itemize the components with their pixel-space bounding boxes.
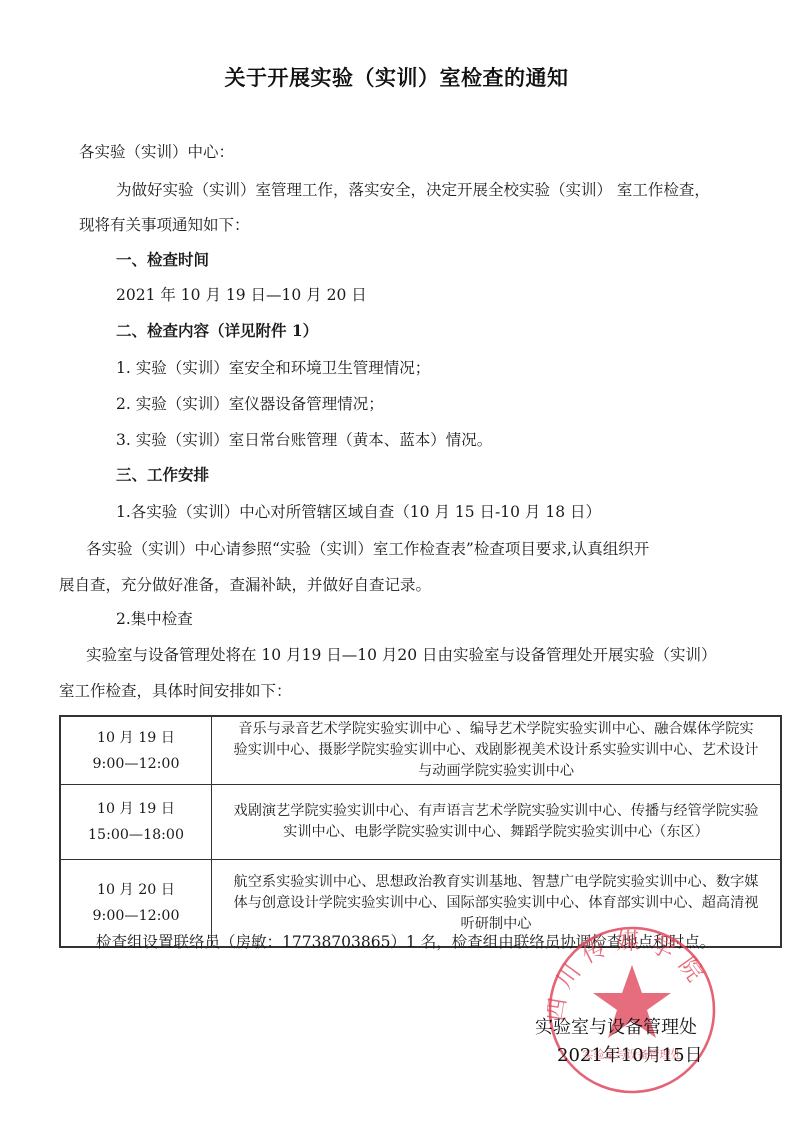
central-check-heading: 2.集中检查 — [116, 609, 193, 629]
schedule-time: 15:00—18:00 — [61, 822, 211, 848]
schedule-units-line: 验实训中心、摄影学院实验实训中心、戏剧影视美术设计系实验实训中心、艺术设计 — [216, 740, 776, 761]
official-seal-icon: 四川传媒学院 实验室与设备管理处 — [547, 925, 717, 1095]
schedule-units-line: 体与创意设计学院实验实训中心、国际部实验实训中心、体育部实训中心、超高清视 — [216, 893, 776, 914]
issue-date: 2021年10月15日 — [557, 1045, 703, 1067]
schedule-units-line: 音乐与录音艺术学院实验实训中心 、编导艺术学院实验实训中心、融合媒体学院实 — [216, 719, 776, 740]
document-title: 关于开展实验（实训）室检查的通知 — [0, 62, 793, 92]
notice-document: 关于开展实验（实训）室检查的通知 各实验（实训）中心： 为做好实验（实训）室管理… — [0, 0, 793, 1122]
self-check-paragraph-line-2: 展自查，充分做好准备，查漏补缺，并做好自查记录。 — [59, 575, 431, 595]
inspection-schedule-table: 10 月 19 日 9:00—12:00 音乐与录音艺术学院实验实训中心 、编导… — [59, 715, 782, 948]
section-1-heading: 一、检查时间 — [116, 250, 209, 270]
inspection-date-range: 2021 年 10 月 19 日—10 月 20 日 — [116, 285, 367, 305]
table-row: 10 月 19 日 15:00—18:00 戏剧演艺学院实验实训中心、有声语言艺… — [60, 785, 781, 860]
inspection-item-3: 3. 实验（实训）室日常台账管理（黄本、蓝本）情况。 — [116, 430, 492, 450]
inspection-item-1: 1. 实验（实训）室安全和环境卫生管理情况； — [116, 358, 430, 378]
issuing-department: 实验室与设备管理处 — [535, 1017, 697, 1039]
self-check-paragraph-line-1: 各实验（实训）中心请参照“实验（实训）室工作检查表”检查项目要求,认真组织开 — [86, 539, 649, 559]
section-3-heading: 三、工作安排 — [116, 465, 209, 485]
schedule-time: 9:00—12:00 — [61, 751, 211, 777]
central-check-paragraph-line-2: 室工作检查，具体时间安排如下： — [59, 681, 292, 701]
schedule-units-line: 实训中心、电影学院实验实训中心、舞蹈学院实验实训中心（东区） — [216, 822, 776, 843]
schedule-time-cell: 10 月 19 日 15:00—18:00 — [60, 785, 212, 860]
schedule-date: 10 月 20 日 — [61, 877, 211, 903]
table-row: 10 月 19 日 9:00—12:00 音乐与录音艺术学院实验实训中心 、编导… — [60, 716, 781, 785]
inspection-item-2: 2. 实验（实训）室仪器设备管理情况； — [116, 394, 384, 414]
schedule-units-cell: 戏剧演艺学院实验实训中心、有声语言艺术学院实验实训中心、传播与经管学院实验 实训… — [212, 785, 782, 860]
schedule-units-line: 航空系实验实训中心、思想政治教育实训基地、智慧广电学院实验实训中心、数字媒 — [216, 872, 776, 893]
schedule-units-cell: 音乐与录音艺术学院实验实训中心 、编导艺术学院实验实训中心、融合媒体学院实 验实… — [212, 716, 782, 785]
schedule-date: 10 月 19 日 — [61, 725, 211, 751]
intro-paragraph-line-1: 为做好实验（实训）室管理工作，落实安全，决定开展全校实验（实训） 室工作检查， — [116, 180, 710, 200]
schedule-date: 10 月 19 日 — [61, 796, 211, 822]
central-check-paragraph-line-1: 实验室与设备管理处将在 10 月19 日—10 月20 日由实验室与设备管理处开… — [86, 645, 717, 665]
salutation: 各实验（实训）中心： — [79, 142, 234, 162]
self-check-heading: 1.各实验（实训）中心对所管辖区域自查（10 月 15 日-10 月 18 日） — [116, 502, 601, 522]
intro-paragraph-line-2: 现将有关事项通知如下： — [79, 215, 250, 235]
schedule-units-line: 与动画学院实验实训中心 — [216, 761, 776, 782]
schedule-units-line: 戏剧演艺学院实验实训中心、有声语言艺术学院实验实训中心、传播与经管学院实验 — [216, 801, 776, 822]
schedule-time: 9:00—12:00 — [61, 903, 211, 929]
schedule-time-cell: 10 月 19 日 9:00—12:00 — [60, 716, 212, 785]
section-2-heading: 二、检查内容（详见附件 1） — [116, 321, 318, 341]
